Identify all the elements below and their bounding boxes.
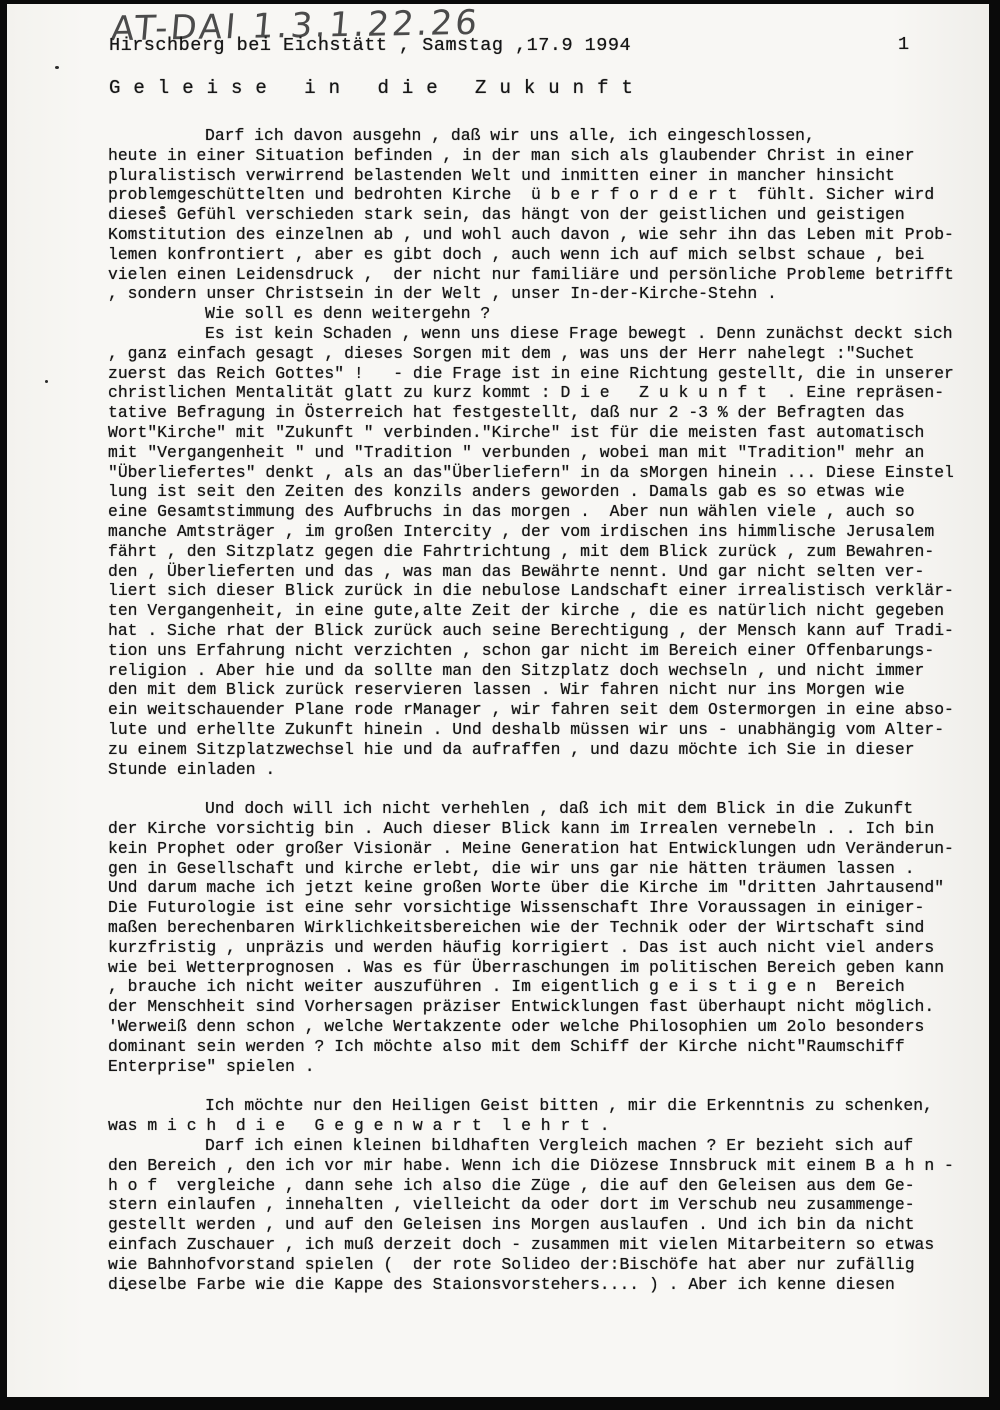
text-line: zu einem Sitzplatzwechsel hie und da auf… [108, 740, 988, 760]
text-line: einfach Zuschauer , ich muß derzeit doch… [108, 1235, 988, 1255]
text-line: den Bereich , den ich vor mir habe. Wenn… [108, 1156, 988, 1176]
text-line: eine Gesamtstimmung des Aufbruchs in das… [108, 502, 988, 522]
text-line: Enterprise" spielen . [108, 1057, 988, 1077]
text-line: 'Werweiß denn schon , welche Wertakzente… [108, 1017, 988, 1037]
text-line: Darf ich einen kleinen bildhaften Vergle… [108, 1136, 988, 1156]
document-title: G e l e i s e i n d i e Z u k u n f t [109, 77, 634, 99]
paragraph: Darf ich davon ausgehn , daß wir uns all… [108, 126, 988, 779]
text-line: Und darum mache ich jetzt keine großen W… [108, 878, 988, 898]
text-line: religion . Aber hie und da sollte man de… [108, 661, 988, 681]
text-line: lute und erhellte Zukunft hinein . Und d… [108, 720, 988, 740]
text-line: problemgeschüttelten und bedrohten Kirch… [108, 185, 988, 205]
scan-speck [55, 66, 59, 69]
text-line: was m i c h d i e G e g e n w a r t l e … [108, 1116, 988, 1136]
text-line: gen in Gesellschaft und kirche erlebt, d… [108, 859, 988, 879]
text-line: vielen einen Leidensdruck , der nicht nu… [108, 265, 988, 285]
text-line: dieselbe Farbe wie die Kappe des Staions… [108, 1275, 988, 1295]
text-line: Ich möchte nur den Heiligen Geist bitten… [108, 1096, 988, 1116]
scanned-document: { "annotation": "AT-DAI 1.3.1.22.26", "h… [0, 0, 1000, 1410]
text-line: tative Befragung in Österreich hat festg… [108, 403, 988, 423]
page-number: 1 [898, 34, 909, 55]
text-line: wie bei Wetterprognosen . Was es für Übe… [108, 958, 988, 978]
text-line: Die Futurologie ist eine sehr vorsichtig… [108, 898, 988, 918]
text-line: "Überliefertes" denkt , als an das"Überl… [108, 463, 988, 483]
paper-page: AT-DAI 1.3.1.22.26 Hirschberg bei Eichst… [7, 4, 989, 1397]
text-line: ein weitschauender Plane rode rManager ,… [108, 700, 988, 720]
text-line: kein Prophet oder großer Visionär . Mein… [108, 839, 988, 859]
text-line: dominant sein werden ? Ich möchte also m… [108, 1037, 988, 1057]
text-line: stern einlaufen , innehalten , vielleich… [108, 1195, 988, 1215]
text-line: lung ist seit den Zeiten des konzils and… [108, 482, 988, 502]
text-line: lemen konfrontiert , aber es gibt doch ,… [108, 245, 988, 265]
text-line: Komstitution des einzelnen ab , und wohl… [108, 225, 988, 245]
paragraph: Und doch will ich nicht verhehlen , daß … [108, 799, 988, 1076]
text-line: dieses Gefühl verschieden stark sein, da… [108, 205, 988, 225]
paragraph: Ich möchte nur den Heiligen Geist bitten… [108, 1096, 988, 1294]
text-line: Wort"Kirche" mit "Zukunft " verbinden."K… [108, 423, 988, 443]
text-line: mit "Vergangenheit " und "Tradition " ve… [108, 443, 988, 463]
scan-speck [125, 1288, 128, 1291]
text-line: der Kirche vorsichtig bin . Auch dieser … [108, 819, 988, 839]
text-line: Darf ich davon ausgehn , daß wir uns all… [108, 126, 988, 146]
text-line: liert sich dieser Blick zurück in die ne… [108, 581, 988, 601]
dateline: Hirschberg bei Eichstätt , Samstag ,17.9… [109, 35, 631, 56]
text-line: Es ist kein Schaden , wenn uns diese Fra… [108, 324, 988, 344]
text-line: den mit dem Blick zurück reservieren las… [108, 680, 988, 700]
text-line: tion uns Erfahrung nicht verzichten , sc… [108, 641, 988, 661]
text-line: , brauche ich nicht weiter auszuführen .… [108, 977, 988, 997]
text-line: , ganz einfach gesagt , dieses Sorgen mi… [108, 344, 988, 364]
scan-speck [163, 354, 166, 357]
text-line: wie Bahnhofvorstand spielen ( der rote S… [108, 1255, 988, 1275]
text-line: heute in einer Situation befinden , in d… [108, 146, 988, 166]
text-line: , sondern unser Christsein in der Welt ,… [108, 284, 988, 304]
text-line: pluralistisch verwirrend belastenden Wel… [108, 166, 988, 186]
text-line: gestellt werden , und auf den Geleisen i… [108, 1215, 988, 1235]
scan-speck [45, 380, 48, 383]
text-line: ten Vergangenheit, in eine gute,alte Zei… [108, 601, 988, 621]
text-line: fährt , den Sitzplatz gegen die Fahrtric… [108, 542, 988, 562]
text-line: Stunde einladen . [108, 760, 988, 780]
text-line: Wie soll es denn weitergehn ? [108, 304, 988, 324]
text-line: zuerst das Reich Gottes" ! - die Frage i… [108, 364, 988, 384]
text-line: maßen berechenbaren Wirklichkeitsbereich… [108, 918, 988, 938]
text-line: christlichen Mentalität glatt zu kurz ko… [108, 383, 988, 403]
text-line: Und doch will ich nicht verhehlen , daß … [108, 799, 988, 819]
text-line: manche Amtsträger , im großen Intercity … [108, 522, 988, 542]
text-line: der Menschheit sind Vorhersagen präziser… [108, 997, 988, 1017]
scan-speck [160, 206, 165, 209]
text-line: hat . Siche rhat der Blick zurück auch s… [108, 621, 988, 641]
text-line: kurzfristig , unpräzis und werden häufig… [108, 938, 988, 958]
text-line: h o f vergleiche , dann sehe ich also di… [108, 1176, 988, 1196]
document-body: Darf ich davon ausgehn , daß wir uns all… [108, 126, 988, 1294]
text-line: den , Überlieferten und das , was man da… [108, 562, 988, 582]
